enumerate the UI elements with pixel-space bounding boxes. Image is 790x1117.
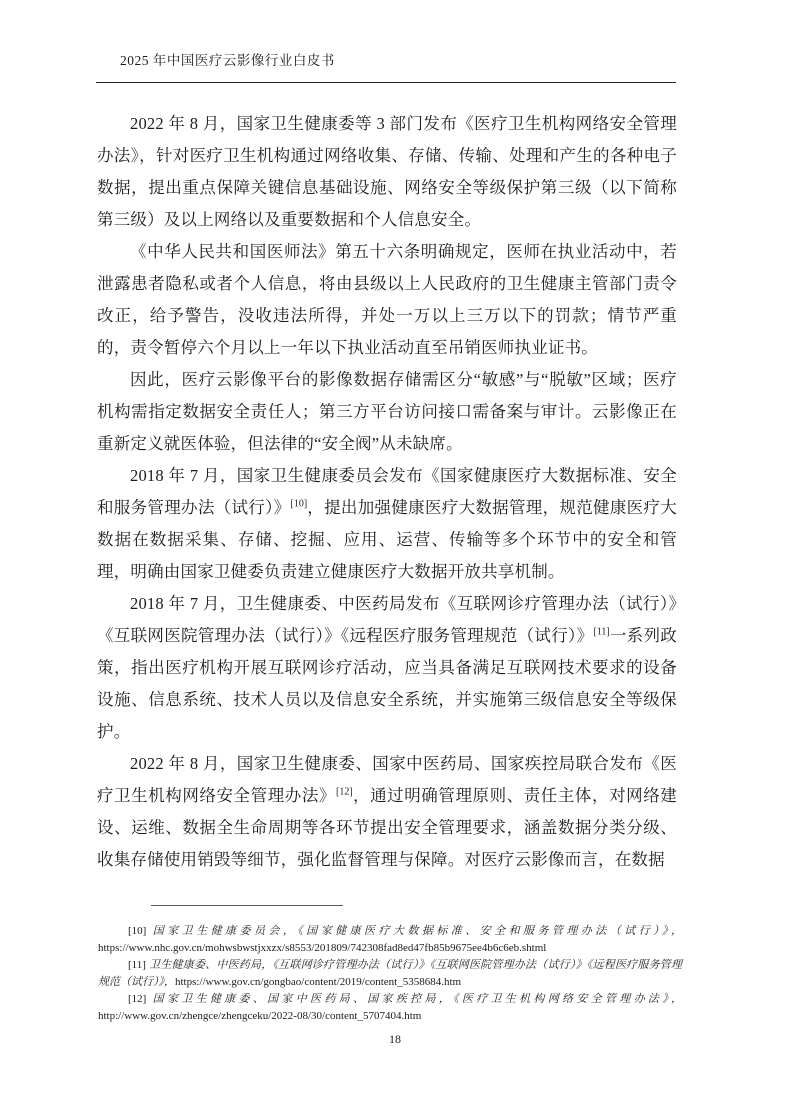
body-text: 2022 年 8 月，国家卫生健康委等 3 部门发布《医疗卫生机构网络安全管理办… — [97, 108, 677, 876]
footnote-url: http://www.gov.cn/zhengce/zhengceku/2022… — [98, 1010, 421, 1022]
footnote-ref-11: [11] — [593, 627, 609, 638]
paragraph-text: 因此，医疗云影像平台的影像数据存储需区分“敏感”与“脱敏”区域；医疗机构需指定数… — [97, 370, 677, 453]
paragraph-text: 《中华人民共和国医师法》第五十六条明确规定，医师在执业活动中，若泄露患者隐私或者… — [97, 242, 677, 357]
footnote-label: [12] — [128, 993, 146, 1005]
running-header-title: 2025 年中国医疗云影像行业白皮书 — [0, 0, 790, 69]
footnote-ref-10: [10] — [290, 499, 307, 510]
footnote-10: [10]国家卫生健康委员会，《国家健康医疗大数据标准、安全和服务管理办法（试行）… — [98, 923, 682, 957]
paragraph-4: 2018 年 7 月，国家卫生健康委员会发布《国家健康医疗大数据标准、安全和服务… — [97, 460, 677, 588]
footnote-separator — [151, 905, 343, 906]
paragraph-5: 2018 年 7 月，卫生健康委、中医药局发布《互联网诊疗管理办法（试行）》《互… — [97, 588, 677, 748]
paragraph-3: 因此，医疗云影像平台的影像数据存储需区分“敏感”与“脱敏”区域；医疗机构需指定数… — [97, 364, 677, 460]
footnote-ref-12: [12] — [336, 787, 353, 798]
footnote-label: [11] — [128, 959, 146, 971]
document-page: 2025 年中国医疗云影像行业白皮书 2022 年 8 月，国家卫生健康委等 3… — [0, 0, 790, 1117]
header-rule — [96, 82, 676, 83]
footnote-12: [12]国家卫生健康委、国家中医药局、国家疾控局，《医疗卫生机构网络安全管理办法… — [98, 991, 682, 1025]
page-number: 18 — [0, 1032, 790, 1047]
paragraph-2: 《中华人民共和国医师法》第五十六条明确规定，医师在执业活动中，若泄露患者隐私或者… — [97, 236, 677, 364]
footnote-source: 国家卫生健康委、国家中医药局、国家疾控局，《医疗卫生机构网络安全管理办法》， — [149, 993, 682, 1005]
paragraph-6: 2022 年 8 月，国家卫生健康委、国家中医药局、国家疾控局联合发布《医疗卫生… — [97, 748, 677, 876]
footnote-source: 国家卫生健康委员会，《国家健康医疗大数据标准、安全和服务管理办法（试行）》， — [149, 925, 682, 937]
paragraph-text: 2018 年 7 月，卫生健康委、中医药局发布《互联网诊疗管理办法（试行）》《互… — [97, 594, 677, 645]
paragraph-text: 2022 年 8 月，国家卫生健康委等 3 部门发布《医疗卫生机构网络安全管理办… — [97, 114, 677, 229]
footnote-11: [11]卫生健康委、中医药局，《互联网诊疗管理办法（试行）》《互联网医院管理办法… — [98, 957, 682, 991]
page-header: 2025 年中国医疗云影像行业白皮书 — [0, 0, 790, 83]
page-footer: [10]国家卫生健康委员会，《国家健康医疗大数据标准、安全和服务管理办法（试行）… — [0, 905, 790, 1047]
footnote-label: [10] — [128, 925, 146, 937]
footnote-url: https://www.nhc.gov.cn/mohwsbwstjxxzx/s8… — [98, 942, 546, 954]
footnote-url: https://www.gov.cn/gongbao/content/2019/… — [175, 976, 461, 988]
paragraph-1: 2022 年 8 月，国家卫生健康委等 3 部门发布《医疗卫生机构网络安全管理办… — [97, 108, 677, 236]
footnotes: [10]国家卫生健康委员会，《国家健康医疗大数据标准、安全和服务管理办法（试行）… — [98, 923, 682, 1025]
